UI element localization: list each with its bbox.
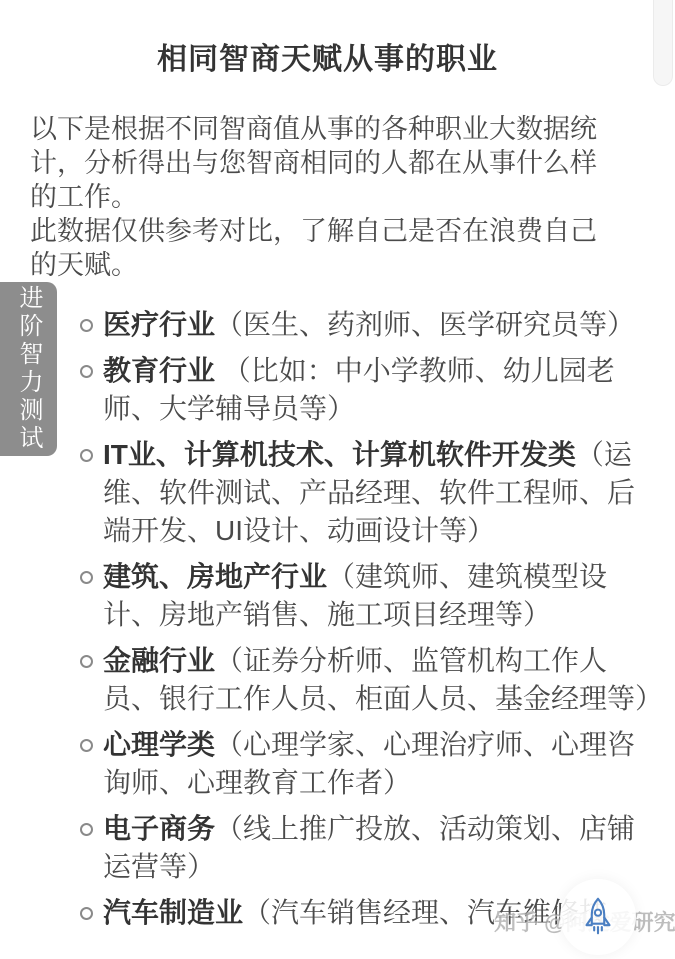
list-item: 金融行业（证券分析师、监管机构工作人员、银行工作人员、柜面人员、基金经理等） [79, 642, 651, 718]
rocket-icon [575, 894, 621, 940]
side-tab-advanced-iq-test[interactable]: 进阶智力测试 [0, 282, 57, 456]
list-item: 建筑、房地产行业（建筑师、建筑模型设计、房地产销售、施工项目经理等） [79, 558, 651, 634]
intro-text: 以下是根据不同智商值从事的各种职业大数据统计，分析得出与您智商相同的人都在从事什… [30, 112, 622, 282]
industry-name: 汽车制造业 [103, 897, 243, 928]
list-item: 电子商务（线上推广投放、活动策划、店铺运营等） [79, 810, 651, 886]
industry-name: 教育行业 [103, 355, 215, 386]
list-item: IT业、计算机技术、计算机软件开发类（运维、软件测试、产品经理、软件工程师、后端… [79, 436, 651, 550]
industry-name: IT业、计算机技术、计算机软件开发类 [103, 439, 576, 470]
page-title: 相同智商天赋从事的职业 [0, 34, 655, 78]
industry-name: 电子商务 [103, 813, 215, 844]
industry-name: 医疗行业 [103, 309, 215, 340]
intro-paragraph-1: 以下是根据不同智商值从事的各种职业大数据统计，分析得出与您智商相同的人都在从事什… [30, 112, 622, 214]
scrollbar-thumb[interactable] [653, 0, 673, 86]
industry-detail: （医生、药剂师、医学研究员等） [215, 309, 635, 340]
industry-name: 心理学类 [103, 729, 215, 760]
intro-paragraph-2: 此数据仅供参考对比，了解自己是否在浪费自己的天赋。 [30, 214, 622, 282]
side-tab-label: 进阶智力测试 [0, 285, 57, 453]
list-item: 医疗行业（医生、药剂师、医学研究员等） [79, 306, 651, 344]
list-item: 心理学类（心理学家、心理治疗师、心理咨询师、心理教育工作者） [79, 726, 651, 802]
industry-name: 金融行业 [103, 645, 215, 676]
back-to-top-button[interactable] [560, 879, 636, 955]
industry-name: 建筑、房地产行业 [103, 561, 327, 592]
list-item: 教育行业 （比如：中小学教师、幼儿园老师、大学辅导员等） [79, 352, 651, 428]
occupation-list: 医疗行业（医生、药剂师、医学研究员等） 教育行业 （比如：中小学教师、幼儿园老师… [79, 306, 651, 940]
